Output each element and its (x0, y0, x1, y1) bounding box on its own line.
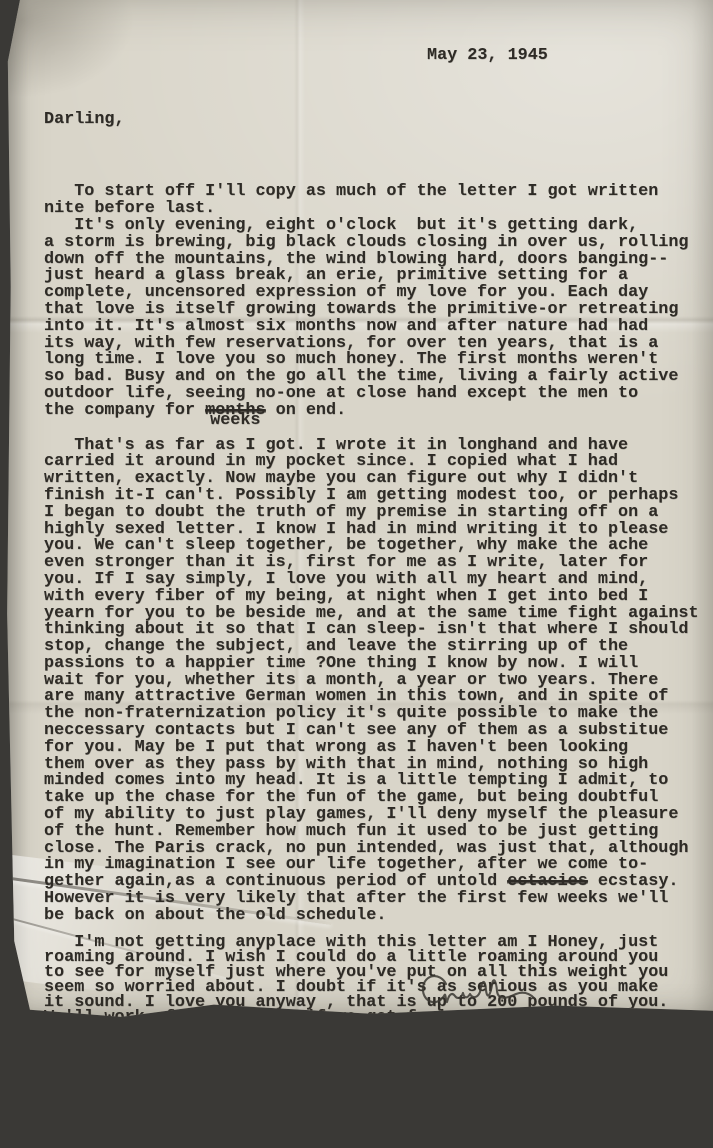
letter-line: I began to doubt the truth of my premise… (44, 505, 707, 522)
signature-scribble (416, 968, 576, 1023)
signature (416, 968, 576, 1023)
letter-paper: May 23, 1945 Darling, To start off I'll … (0, 0, 713, 1023)
letter-line: the company for monthsweeks on end. (44, 403, 707, 420)
paragraph-closing: I'm not getting anyplace with this lette… (44, 935, 707, 1023)
letter-body: To start off I'll copy as much of the le… (44, 184, 707, 1023)
paragraph-opening: To start off I'll copy as much of the le… (44, 184, 707, 419)
letter-salutation: Darling, (44, 112, 707, 129)
paragraph-longhand: That's as far as I got. I wrote it in lo… (44, 438, 707, 925)
letter-text: May 23, 1945 Darling, To start off I'll … (44, 14, 707, 1023)
letter-line: with every fiber of my being, at night w… (44, 589, 707, 606)
letter-date: May 23, 1945 (44, 48, 707, 65)
letter-line: be back on about the old schedule. (44, 908, 707, 925)
typed-correction: monthsweeks (205, 403, 265, 420)
letter-line: We'll work off any excess if we get furl… (44, 1010, 707, 1023)
